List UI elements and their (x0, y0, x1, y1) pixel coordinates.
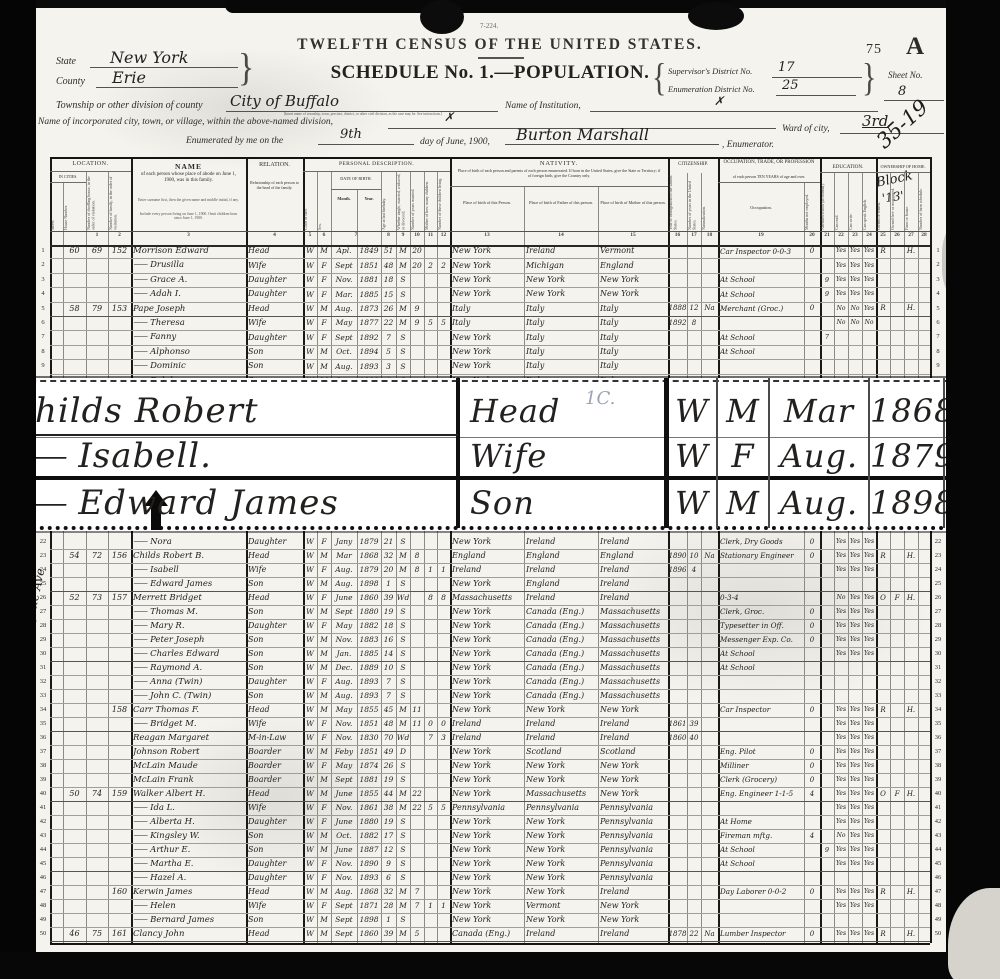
cell-color: W (303, 650, 317, 658)
cell-age: 49 (381, 748, 396, 756)
cell-wr: Yes (848, 777, 862, 783)
magnifier-cell: W (668, 436, 716, 476)
cell-rel: Head (248, 594, 303, 602)
cell-month: Aug. (331, 363, 357, 371)
cell-wr: Yes (848, 805, 862, 811)
cell-sex: F (317, 262, 331, 270)
cell-en: Yes (862, 735, 876, 741)
cell-rline: 33 (930, 693, 946, 700)
cell-month: Nov. (331, 636, 357, 644)
cell-occ: Merchant (Groc.) (720, 305, 804, 312)
cell-name: ⸺ Theresa (133, 319, 246, 328)
table-bottom-border (50, 943, 930, 945)
cell-ym: 9 (410, 305, 424, 313)
cell-pob: New York (452, 362, 524, 370)
cell-pm: New York (600, 276, 668, 284)
cell-en: Yes (862, 651, 876, 657)
cell-color: W (303, 276, 317, 284)
cell-month: Jany (331, 538, 357, 546)
cell-mar: M (396, 247, 410, 255)
cell-rline: 39 (930, 777, 946, 784)
cell-year: 1830 (357, 734, 381, 742)
cell-rline: 29 (930, 637, 946, 644)
cell-name: ⸺ Anna (Twin) (133, 678, 246, 687)
column-label-vertical: Mother of how many children. (425, 172, 436, 230)
cell-wr: Yes (848, 735, 862, 741)
cell-sex: F (317, 594, 331, 602)
cell-occ: Car Inspector 0-0-3 (720, 248, 804, 255)
cell-yus: 39 (687, 721, 701, 728)
cell-occ: Car Inspector (720, 706, 804, 713)
cell-line: 48 (36, 903, 50, 910)
cell-cl: 5 (437, 804, 450, 812)
cell-rel: Boarder (248, 762, 303, 770)
row-line (50, 927, 930, 928)
cell-pf: Vermont (526, 902, 598, 910)
cell-color: W (303, 706, 317, 714)
cell-rel: Daughter (248, 860, 303, 868)
cell-mar: M (396, 720, 410, 728)
cell-month: Sept (331, 776, 357, 784)
column-label-vertical: Farm or house. (905, 176, 917, 230)
document-layer: 7-224. TWELFTH CENSUS OF THE UNITED STAT… (0, 0, 1000, 979)
cell-mar: D (396, 748, 410, 756)
cell-rel: Daughter (248, 622, 303, 630)
cell-rline: 9 (930, 363, 946, 370)
cell-wr: Yes (848, 623, 862, 629)
cell-age: 9 (381, 860, 396, 868)
cell-own: R (876, 553, 890, 560)
cell-pob: New York (452, 762, 524, 770)
cell-age: 3 (381, 363, 396, 371)
col-nativity-person: Place of birth of this Person. (452, 200, 522, 205)
cell-age: 7 (381, 334, 396, 342)
cell-age: 32 (381, 888, 396, 896)
column-number: 14 (524, 233, 598, 239)
cell-age: 12 (381, 846, 396, 854)
cell-occ: Milliner (720, 762, 804, 769)
cell-pf: Ireland (526, 247, 598, 255)
cell-year: 1873 (357, 305, 381, 313)
cell-mc: 1 (424, 902, 437, 910)
cell-name: Johnson Robert (133, 748, 246, 757)
cell-imm: 1878 (668, 931, 687, 938)
cell-month: Oct. (331, 348, 357, 356)
cell-line: 40 (36, 791, 50, 798)
cell-ym: 7 (410, 902, 424, 910)
cell-year: 1880 (357, 608, 381, 616)
cell-ym: 22 (410, 804, 424, 812)
cell-rd: Yes (834, 847, 848, 853)
cell-pf: Scotland (526, 748, 598, 756)
cell-pob: Massachusetts (452, 594, 524, 602)
column-number: 12 (437, 233, 450, 239)
cell-pob: New York (452, 622, 524, 630)
cell-age: 48 (381, 720, 396, 728)
magnifier-cell: M (718, 388, 768, 434)
cell-age: 39 (381, 930, 396, 938)
cell-rline: 42 (930, 819, 946, 826)
cell-name: ⸺ Drusilla (133, 261, 246, 270)
cell-rd: Yes (834, 263, 848, 269)
col-group-name: NAME (131, 162, 246, 171)
cell-month: Aug. (331, 580, 357, 588)
row-line (50, 773, 930, 774)
cell-fh: H. (904, 595, 918, 602)
column-number: 21 (820, 233, 834, 239)
cell-ym: 8 (410, 566, 424, 574)
cell-of: F (890, 791, 904, 798)
cell-month: Nov. (331, 720, 357, 728)
cell-ym: 9 (410, 319, 424, 327)
cell-name: ⸺ Nora (133, 538, 246, 547)
cell-rd: Yes (834, 903, 848, 909)
col-occupation-col: Occupation. (718, 205, 804, 210)
cell-wr: Yes (848, 707, 862, 713)
cell-name: ⸺ Adah I. (133, 290, 246, 299)
cell-color: W (303, 664, 317, 672)
cell-mar: M (396, 262, 410, 270)
cell-pob: Pennsylvania (452, 804, 524, 812)
cell-pf: New York (526, 276, 598, 284)
cell-line: 23 (36, 553, 50, 560)
cell-fam: 160 (108, 888, 131, 896)
cell-rline: 41 (930, 805, 946, 812)
cell-sex: F (317, 319, 331, 327)
cell-line: 6 (36, 320, 50, 327)
cell-month: June (331, 818, 357, 826)
cell-rel: Head (248, 247, 303, 255)
cell-fh: H. (904, 248, 918, 255)
cell-wr: Yes (848, 248, 862, 254)
cell-pob: New York (452, 334, 524, 342)
cell-rd: No (834, 320, 848, 326)
cell-age: 18 (381, 276, 396, 284)
col-dob-label: DATE OF BIRTH. (331, 176, 381, 181)
cell-pf: New York (526, 290, 598, 298)
cell-pf: Canada (Eng.) (526, 608, 598, 616)
cell-pob: New York (452, 247, 524, 255)
cell-fam: 152 (108, 247, 131, 255)
cell-wr: Yes (848, 651, 862, 657)
row-line (50, 829, 930, 830)
table-group-line (50, 157, 52, 943)
cell-sex: F (317, 622, 331, 630)
cell-occ: Eng. Engineer 1-1-5 (720, 790, 804, 797)
cell-pob: Italy (452, 305, 524, 313)
col-nativity-father: Place of birth of Father of this person. (526, 200, 596, 205)
col-nativity-sub: Place of birth of each person and parent… (456, 169, 662, 179)
cell-pm: Ireland (600, 580, 668, 588)
row-line (50, 605, 930, 606)
cell-en: Yes (862, 889, 876, 895)
cell-un: 0 (804, 248, 820, 255)
cell-sex: F (317, 860, 331, 868)
cell-rline: 34 (930, 707, 946, 714)
cell-wr: Yes (848, 749, 862, 755)
cell-wr: No (848, 306, 862, 312)
row-line (50, 689, 930, 690)
cell-un: 0 (804, 623, 820, 630)
cell-rd: Yes (834, 749, 848, 755)
col-dob-month: Month. (331, 196, 357, 201)
cell-wr: Yes (848, 609, 862, 615)
magnifier-strip[interactable]: 1C. Childs RobertHeadWMMar186832⸺ Isabel… (0, 378, 1000, 531)
cell-en: Yes (862, 623, 876, 629)
cell-pf: Canada (Eng.) (526, 692, 598, 700)
row-line (50, 258, 930, 259)
cell-name: ⸺ John C. (Twin) (133, 692, 246, 701)
cell-rline: 46 (930, 875, 946, 882)
cell-rel: Son (248, 636, 303, 644)
cell-pm: Italy (600, 362, 668, 370)
cell-un: 4 (804, 791, 820, 798)
cell-own: O (876, 791, 890, 798)
column-number: 22 (834, 233, 848, 239)
cell-sex: F (317, 291, 331, 299)
cell-color: W (303, 804, 317, 812)
cell-line: 32 (36, 679, 50, 686)
row-line (50, 330, 930, 331)
cell-occ: Clerk, Groc. (720, 608, 804, 615)
cell-mar: S (396, 846, 410, 854)
cell-en: Yes (862, 291, 876, 297)
cell-color: W (303, 363, 317, 371)
cell-year: 1849 (357, 247, 381, 255)
cell-color: W (303, 846, 317, 854)
cell-line: 46 (36, 875, 50, 882)
column-number: 2 (108, 233, 131, 239)
cell-year: 1898 (357, 580, 381, 588)
cell-year: 1882 (357, 832, 381, 840)
magnifier-cell: Aug. (770, 481, 868, 525)
cell-month: May (331, 706, 357, 714)
cell-pm: Ireland (600, 538, 668, 546)
cell-rline: 37 (930, 749, 946, 756)
cell-nat: Na (701, 305, 718, 312)
cell-pob: New York (452, 678, 524, 686)
col-group-relation: RELATION. (246, 162, 303, 168)
cell-name: McLain Maude (133, 762, 246, 771)
cell-line: 3 (36, 277, 50, 284)
cell-rd: Yes (834, 291, 848, 297)
cell-sex: M (317, 692, 331, 700)
cell-rel: Son (248, 692, 303, 700)
census-scan-viewer: 7-224. TWELFTH CENSUS OF THE UNITED STAT… (0, 0, 1000, 979)
cell-pf: Italy (526, 319, 598, 327)
cell-ym: 20 (410, 247, 424, 255)
cell-name: Reagan Margaret (133, 734, 246, 743)
header-rule (50, 231, 930, 232)
cell-year: 1871 (357, 902, 381, 910)
cell-rel: Wife (248, 319, 303, 327)
cell-rel: Daughter (248, 276, 303, 284)
cell-sex: M (317, 888, 331, 896)
cell-rel: Son (248, 916, 303, 924)
cell-mar: M (396, 566, 410, 574)
cell-sch: 9 (820, 277, 834, 284)
cell-rd: Yes (834, 889, 848, 895)
cell-yus: 12 (687, 305, 701, 312)
cell-year: 1851 (357, 720, 381, 728)
cell-color: W (303, 678, 317, 686)
cell-of: F (890, 595, 904, 602)
cell-pm: New York (600, 902, 668, 910)
cell-month: Sept (331, 916, 357, 924)
row-line (50, 359, 930, 360)
cell-line: 39 (36, 777, 50, 784)
cell-month: Nov. (331, 804, 357, 812)
cell-line: 37 (36, 749, 50, 756)
cell-name: ⸺ Alphonso (133, 348, 246, 357)
cell-age: 18 (381, 622, 396, 630)
cell-age: 26 (381, 305, 396, 313)
cell-mc: 5 (424, 804, 437, 812)
cell-un: 0 (804, 931, 820, 938)
magnifier-cell: Childs Robert (8, 388, 458, 436)
cell-name: ⸺ Thomas M. (133, 608, 246, 617)
cell-rline: 49 (930, 917, 946, 924)
cell-pob: New York (452, 874, 524, 882)
row-line (50, 549, 930, 550)
cell-un: 4 (804, 833, 820, 840)
cell-mar: S (396, 818, 410, 826)
cell-pm: Pennsylvania (600, 846, 668, 854)
cell-pf: Italy (526, 348, 598, 356)
cell-sex: F (317, 902, 331, 910)
col-name-note2: Include every person living on June 1, 1… (138, 212, 239, 220)
cell-en: Yes (862, 777, 876, 783)
cell-pob: New York (452, 818, 524, 826)
column-number: 8 (381, 233, 396, 239)
cell-rline: 31 (930, 665, 946, 672)
cell-sex: F (317, 334, 331, 342)
magnifier-cell: 1868 (870, 388, 943, 434)
cell-color: W (303, 748, 317, 756)
col-occupation-sub: of each person TEN YEARS of age and over… (718, 174, 820, 179)
cell-year: 1887 (357, 846, 381, 854)
row-line (50, 815, 930, 816)
cell-sex: M (317, 790, 331, 798)
cell-rel: Wife (248, 902, 303, 910)
cell-pob: New York (452, 608, 524, 616)
row-line (50, 577, 930, 578)
cell-en: Yes (862, 833, 876, 839)
cell-color: W (303, 832, 317, 840)
cell-color: W (303, 319, 317, 327)
cell-imm: 1888 (668, 305, 687, 312)
cell-color: W (303, 566, 317, 574)
cell-rel: M-in-Law (248, 734, 303, 742)
cell-pm: England (600, 262, 668, 270)
cell-pm: Massachusetts (600, 664, 668, 672)
cell-rline: 32 (930, 679, 946, 686)
cell-month: Sept (331, 262, 357, 270)
cell-fam: 153 (108, 305, 131, 313)
column-number: 17 (687, 233, 701, 239)
cell-mar: M (396, 804, 410, 812)
cell-name: ⸺ Charles Edward (133, 650, 246, 659)
column-number: 25 (876, 233, 890, 239)
magnifier-cell: W (668, 388, 716, 434)
cell-line: 42 (36, 819, 50, 826)
cell-sex: F (317, 762, 331, 770)
cell-mar: S (396, 664, 410, 672)
cell-rline: 50 (930, 931, 946, 938)
cell-pm: Ireland (600, 566, 668, 574)
cell-un: 0 (804, 553, 820, 560)
cell-mar: S (396, 348, 410, 356)
cell-pm: Massachusetts (600, 622, 668, 630)
cell-rd: Yes (834, 819, 848, 825)
cell-occ: At School (720, 276, 804, 283)
cell-en: Yes (862, 819, 876, 825)
cell-pf: England (526, 580, 598, 588)
cell-name: Morrison Edward (133, 247, 246, 256)
cell-name: ⸺ Kingsley W. (133, 832, 246, 841)
cell-rel: Head (248, 305, 303, 313)
cell-occ: Stationary Engineer (720, 552, 804, 559)
cell-yus: 10 (687, 553, 701, 560)
cell-en: Yes (862, 609, 876, 615)
cell-line: 36 (36, 735, 50, 742)
cell-color: W (303, 916, 317, 924)
cell-un: 0 (804, 539, 820, 546)
cell-pm: Ireland (600, 888, 668, 896)
cell-occ: At School (720, 650, 804, 657)
cell-pob: Italy (452, 319, 524, 327)
cell-en: Yes (862, 595, 876, 601)
cell-un: 0 (804, 637, 820, 644)
cell-pob: New York (452, 538, 524, 546)
cell-month: Aug. (331, 305, 357, 313)
cell-name: ⸺ Peter Joseph (133, 636, 246, 645)
cell-occ: At School (720, 846, 804, 853)
row-line (50, 717, 930, 718)
cell-color: W (303, 692, 317, 700)
cell-age: 22 (381, 319, 396, 327)
cell-month: Feby (331, 748, 357, 756)
column-number: 1 (86, 233, 108, 239)
cell-month: Aug. (331, 888, 357, 896)
column-label-vertical: Attended school (in months). (821, 176, 833, 230)
column-number: 20 (804, 233, 820, 239)
cell-year: 1882 (357, 622, 381, 630)
cell-month: Sept (331, 608, 357, 616)
cell-age: 21 (381, 538, 396, 546)
cell-house: 60 (63, 247, 86, 255)
cell-line: 8 (36, 349, 50, 356)
cell-sex: F (317, 804, 331, 812)
cell-rel: Wife (248, 804, 303, 812)
cell-ym: 8 (410, 552, 424, 560)
cell-own: R (876, 305, 890, 312)
col-group-location: LOCATION. (50, 161, 131, 167)
cell-rline: 35 (930, 721, 946, 728)
cell-mar: S (396, 580, 410, 588)
cell-year: 1855 (357, 706, 381, 714)
column-number: 7 (331, 233, 381, 239)
magnifier-cell: Mar (770, 388, 868, 434)
cell-pf: New York (526, 888, 598, 896)
cell-age: 19 (381, 818, 396, 826)
cell-rel: Boarder (248, 776, 303, 784)
cell-dwell: 79 (86, 305, 108, 313)
cell-age: 32 (381, 552, 396, 560)
cell-fh: H. (904, 791, 918, 798)
cell-pf: Ireland (526, 538, 598, 546)
magnifier-cell: Son (470, 481, 660, 525)
